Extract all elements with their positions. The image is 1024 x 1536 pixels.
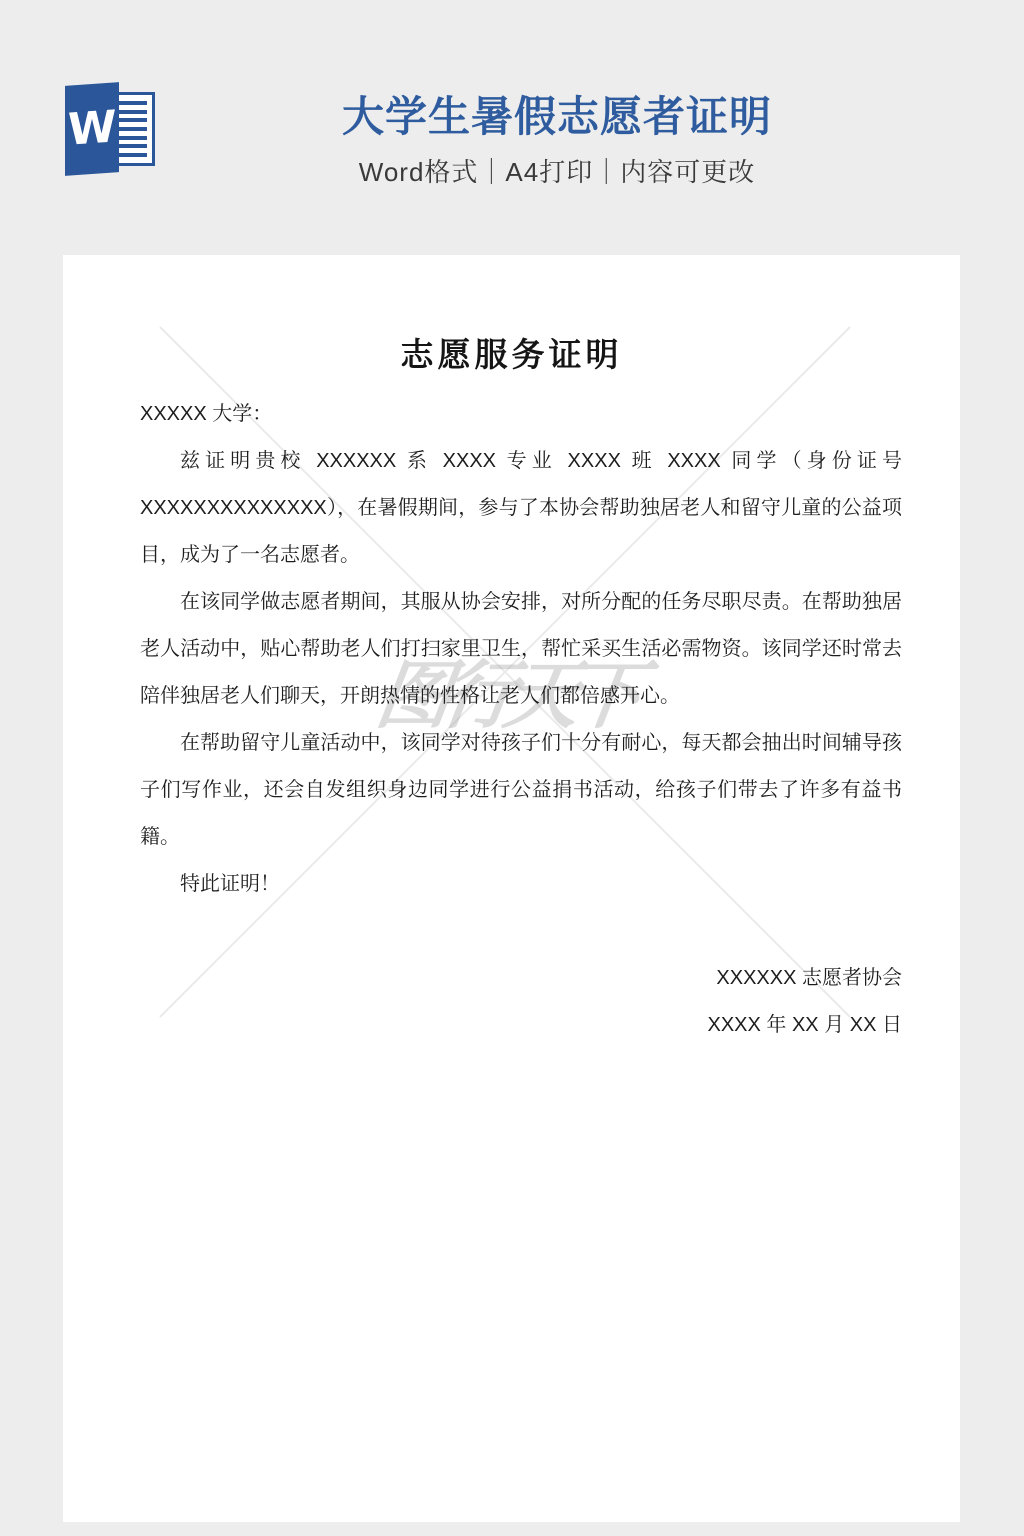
salutation-line: XXXXX 大学：: [140, 391, 902, 438]
date-line: XXXX 年 XX 月 XX 日: [140, 1002, 902, 1049]
page: { "header": { "title": "大学生暑假志愿者证明", "su…: [0, 0, 1024, 1536]
page-title: 大学生暑假志愿者证明: [150, 92, 964, 142]
page-line-icon: [117, 144, 147, 148]
signature-line: XXXXXX 志愿者协会: [140, 955, 902, 1002]
word-file-icon: W: [65, 84, 157, 174]
header-text-block: 大学生暑假志愿者证明 Word格式｜A4打印｜内容可更改: [150, 92, 964, 189]
document-card: 图行天下 志愿服务证明 XXXXX 大学： 兹证明贵校 XXXXXX 系 XXX…: [63, 255, 960, 1522]
page-line-icon: [117, 136, 147, 140]
paragraph: 兹证明贵校 XXXXXX 系 XXXX 专业 XXXX 班 XXXX 同学（身份…: [140, 438, 902, 579]
page-line-icon: [117, 153, 147, 157]
word-letter: W: [68, 105, 117, 152]
page-line-icon: [117, 101, 147, 105]
word-w-panel-icon: W: [65, 82, 119, 176]
page-line-icon: [117, 118, 147, 122]
paragraph: 在帮助留守儿童活动中，该同学对待孩子们十分有耐心，每天都会抽出时间辅导孩子们写作…: [140, 720, 902, 861]
paragraph: 在该同学做志愿者期间，其服从协会安排，对所分配的任务尽职尽责。在帮助独居老人活动…: [140, 579, 902, 720]
page-line-icon: [117, 127, 147, 131]
page-line-icon: [117, 110, 147, 114]
document-body: XXXXX 大学： 兹证明贵校 XXXXXX 系 XXXX 专业 XXXX 班 …: [140, 391, 902, 1049]
document-title: 志愿服务证明: [63, 329, 960, 376]
blank-line: [140, 908, 902, 955]
page-subtitle: Word格式｜A4打印｜内容可更改: [150, 152, 964, 189]
closing-line: 特此证明！: [140, 861, 902, 908]
header: W 大学生暑假志愿者证明 Word格式｜A4打印｜内容可更改: [0, 0, 1024, 230]
